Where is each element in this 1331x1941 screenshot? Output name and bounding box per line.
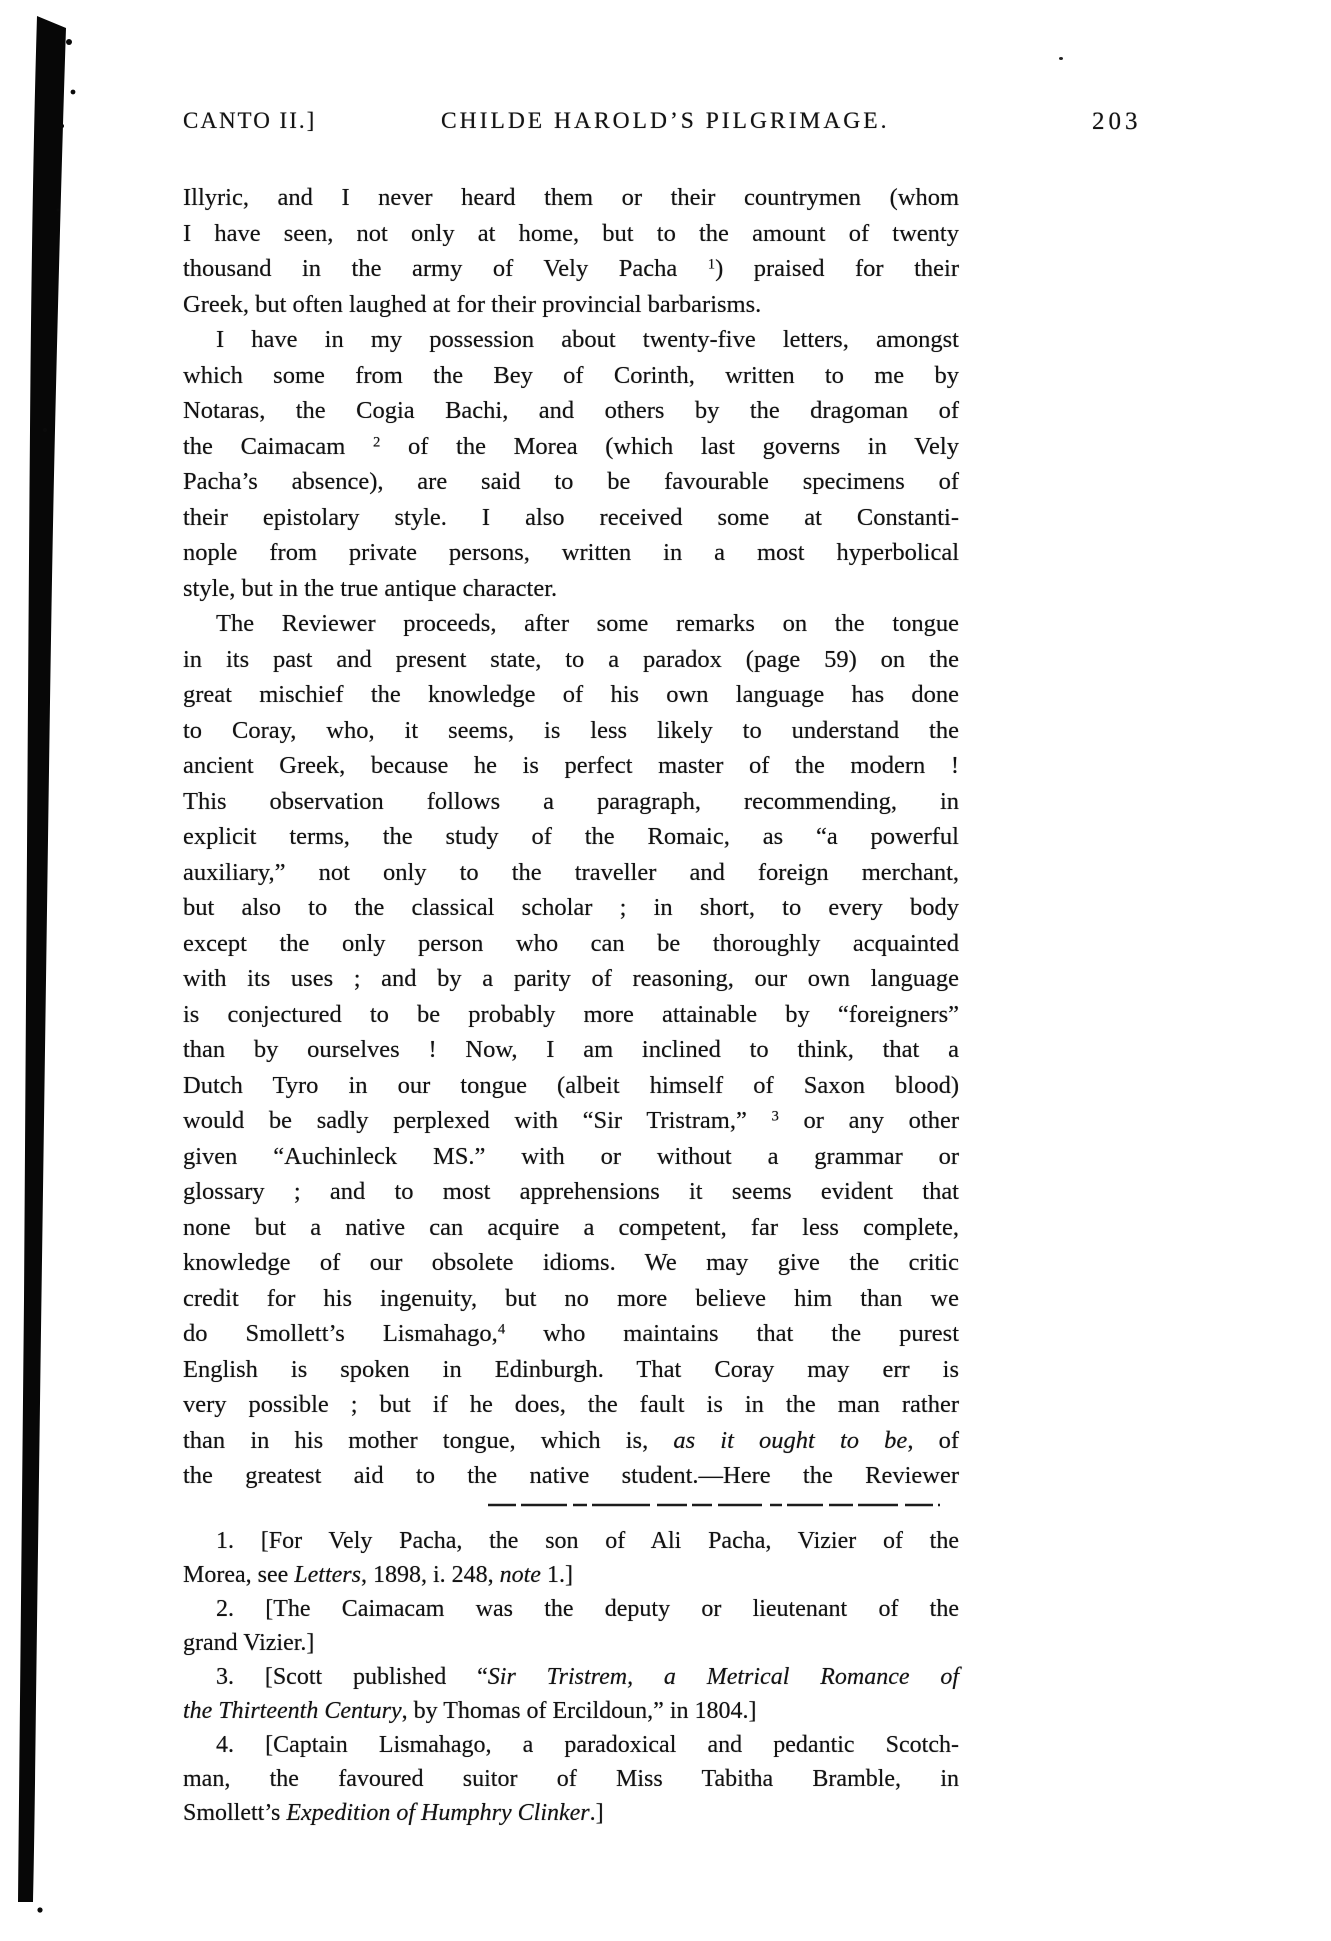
ink-speck [1059, 57, 1063, 60]
footnote-line: the Thirteenth Century, by Thomas of Erc… [183, 1694, 959, 1728]
book-page: CANTO II.] CHILDE HAROLD’S PILGRIMAGE. 2… [0, 0, 1331, 1941]
text-line: the greatest aid to the native student.—… [183, 1458, 959, 1494]
text-line: glossary ; and to most apprehensions it … [183, 1174, 959, 1210]
page-number: 203 [1092, 108, 1142, 136]
body-text: Illyric, and I never heard them or their… [183, 180, 959, 1494]
paragraph: The Reviewer proceeds, after some remark… [183, 606, 959, 1494]
text-line: very possible ; but if he does, the faul… [183, 1387, 959, 1423]
scan-gutter-artifact [0, 0, 100, 1941]
text-line: great mischief the knowledge of his own … [183, 677, 959, 713]
footnote-line: Smollett’s Expedition of Humphry Clinker… [183, 1796, 959, 1830]
text-line: nople from private persons, written in a… [183, 535, 959, 571]
text-line: their epistolary style. I also received … [183, 500, 959, 536]
paragraph: I have in my possession about twenty-fiv… [183, 322, 959, 606]
footnote: 3. [Scott published “Sir Tristrem, a Met… [183, 1660, 959, 1728]
text-line: Illyric, and I never heard them or their… [183, 180, 959, 216]
text-line: The Reviewer proceeds, after some remark… [183, 606, 959, 642]
text-line: ancient Greek, because he is perfect mas… [183, 748, 959, 784]
footnote-line: 1. [For Vely Pacha, the son of Ali Pacha… [183, 1524, 959, 1558]
running-head: CANTO II.] CHILDE HAROLD’S PILGRIMAGE. 2… [0, 108, 1331, 148]
text-line: English is spoken in Edinburgh. That Cor… [183, 1352, 959, 1388]
paragraph: Illyric, and I never heard them or their… [183, 180, 959, 322]
footnotes: 1. [For Vely Pacha, the son of Ali Pacha… [183, 1524, 959, 1830]
text-line: thousand in the army of Vely Pacha 1) pr… [183, 251, 959, 287]
footnote-line: 4. [Captain Lismahago, a paradoxical and… [183, 1728, 959, 1762]
text-line: I have seen, not only at home, but to th… [183, 216, 959, 252]
page-title: CHILDE HAROLD’S PILGRIMAGE. [441, 108, 890, 135]
text-line: Greek, but often laughed at for their pr… [183, 287, 959, 323]
footnote-line: 2. [The Caimacam was the deputy or lieut… [183, 1592, 959, 1626]
footnote-line: Morea, see Letters, 1898, i. 248, note 1… [183, 1558, 959, 1592]
footnote-divider-rule [488, 1500, 940, 1510]
text-line: knowledge of our obsolete idioms. We may… [183, 1245, 959, 1281]
text-line: is conjectured to be probably more attai… [183, 997, 959, 1033]
canto-label: CANTO II.] [183, 108, 316, 134]
text-line: credit for his ingenuity, but no more be… [183, 1281, 959, 1317]
text-line: than by ourselves ! Now, I am inclined t… [183, 1032, 959, 1068]
text-line: I have in my possession about twenty-fiv… [183, 322, 959, 358]
text-line: would be sadly perplexed with “Sir Trist… [183, 1103, 959, 1139]
text-line: the Caimacam 2 of the Morea (which last … [183, 429, 959, 465]
text-line: This observation follows a paragraph, re… [183, 784, 959, 820]
text-line: Dutch Tyro in our tongue (albeit himself… [183, 1068, 959, 1104]
footnote-line: man, the favoured suitor of Miss Tabitha… [183, 1762, 959, 1796]
text-line: but also to the classical scholar ; in s… [183, 890, 959, 926]
text-line: style, but in the true antique character… [183, 571, 959, 607]
text-line: which some from the Bey of Corinth, writ… [183, 358, 959, 394]
text-line: given “Auchinleck MS.” with or without a… [183, 1139, 959, 1175]
text-line: except the only person who can be thorou… [183, 926, 959, 962]
text-line: in its past and present state, to a para… [183, 642, 959, 678]
text-line: auxiliary,” not only to the traveller an… [183, 855, 959, 891]
text-line: none but a native can acquire a competen… [183, 1210, 959, 1246]
text-line: than in his mother tongue, which is, as … [183, 1423, 959, 1459]
text-line: Notaras, the Cogia Bachi, and others by … [183, 393, 959, 429]
text-line: with its uses ; and by a parity of reaso… [183, 961, 959, 997]
footnote-line: grand Vizier.] [183, 1626, 959, 1660]
text-line: do Smollett’s Lismahago,4 who maintains … [183, 1316, 959, 1352]
footnote: 1. [For Vely Pacha, the son of Ali Pacha… [183, 1524, 959, 1592]
text-line: Pacha’s absence), are said to be favoura… [183, 464, 959, 500]
footnote: 4. [Captain Lismahago, a paradoxical and… [183, 1728, 959, 1830]
footnote-line: 3. [Scott published “Sir Tristrem, a Met… [183, 1660, 959, 1694]
text-line: to Coray, who, it seems, is less likely … [183, 713, 959, 749]
text-line: explicit terms, the study of the Romaic,… [183, 819, 959, 855]
footnote: 2. [The Caimacam was the deputy or lieut… [183, 1592, 959, 1660]
